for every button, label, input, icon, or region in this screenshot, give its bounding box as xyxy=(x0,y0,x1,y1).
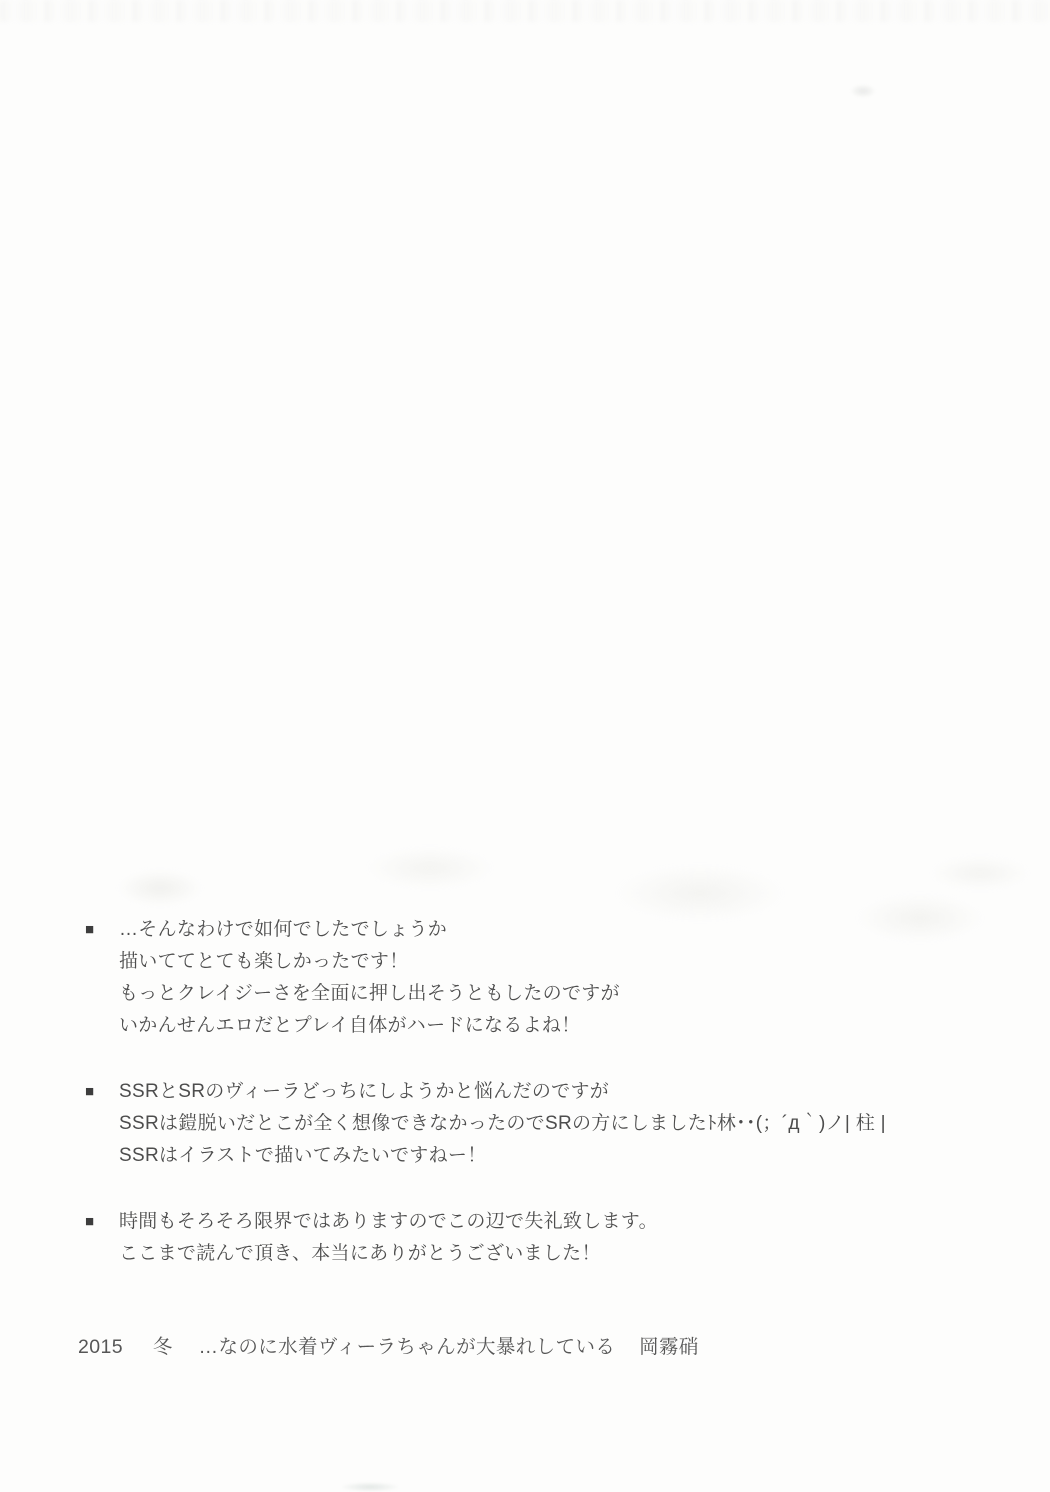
afterword-page: ■ …そんなわけで如何でしたでしょうか 描いててとても楽しかったです！ もっとク… xyxy=(0,0,1050,1492)
bullet-square-icon: ■ xyxy=(85,914,101,946)
afterword-line: ここまで読んで頂き、本当にありがとうございました！ xyxy=(119,1238,1005,1270)
colophon-line: 2015 冬 …なのに水着ヴィーラちゃんが大暴れしている 岡霧硝 xyxy=(78,1333,699,1361)
afterword-line: 時間もそろそろ限界ではありますのでこの辺で失礼致します。 xyxy=(119,1206,1005,1238)
colophon-year: 2015 xyxy=(78,1336,123,1358)
colophon-author: 岡霧硝 xyxy=(639,1336,699,1358)
bullet-square-icon: ■ xyxy=(85,1076,101,1108)
afterword-paragraph-2: ■ SSRとSRのヴィーラどっちにしようかと悩んだのですが SSRは鎧脱いだとこ… xyxy=(85,1076,1005,1172)
paragraph-lines: SSRとSRのヴィーラどっちにしようかと悩んだのですが SSRは鎧脱いだとこが全… xyxy=(119,1076,1005,1172)
afterword-line: SSRとSRのヴィーラどっちにしようかと悩んだのですが xyxy=(119,1076,1005,1108)
afterword-line: SSRはイラストで描いてみたいですねー！ xyxy=(119,1140,1005,1172)
afterword-line: 描いててとても楽しかったです！ xyxy=(119,946,1005,978)
afterword-paragraph-3: ■ 時間もそろそろ限界ではありますのでこの辺で失礼致します。 ここまで読んで頂き… xyxy=(85,1206,1005,1270)
scan-artifact-top-edge xyxy=(0,0,1050,22)
colophon-season: 冬 xyxy=(153,1336,173,1358)
afterword-line: SSRは鎧脱いだとこが全く想像できなかったのでSRの方にしましたﾄ林･･(；´д… xyxy=(119,1108,1005,1140)
afterword-line: もっとクレイジーさを全面に押し出そうともしたのですが xyxy=(119,978,1005,1010)
afterword-text-block: ■ …そんなわけで如何でしたでしょうか 描いててとても楽しかったです！ もっとク… xyxy=(85,914,1005,1270)
paragraph-lines: …そんなわけで如何でしたでしょうか 描いててとても楽しかったです！ もっとクレイ… xyxy=(119,914,1005,1042)
scan-artifact-dot xyxy=(850,84,876,98)
afterword-line: …そんなわけで如何でしたでしょうか xyxy=(119,914,1005,946)
afterword-line: いかんせんエロだとプレイ自体がハードになるよね！ xyxy=(119,1010,1005,1042)
paragraph-lines: 時間もそろそろ限界ではありますのでこの辺で失礼致します。 ここまで読んで頂き、本… xyxy=(119,1206,1005,1270)
colophon-title: …なのに水着ヴィーラちゃんが大暴れしている xyxy=(199,1336,616,1358)
afterword-paragraph-1: ■ …そんなわけで如何でしたでしょうか 描いててとても楽しかったです！ もっとク… xyxy=(85,914,1005,1042)
scan-artifact-bottom-edge xyxy=(340,1482,400,1492)
bullet-square-icon: ■ xyxy=(85,1206,101,1238)
